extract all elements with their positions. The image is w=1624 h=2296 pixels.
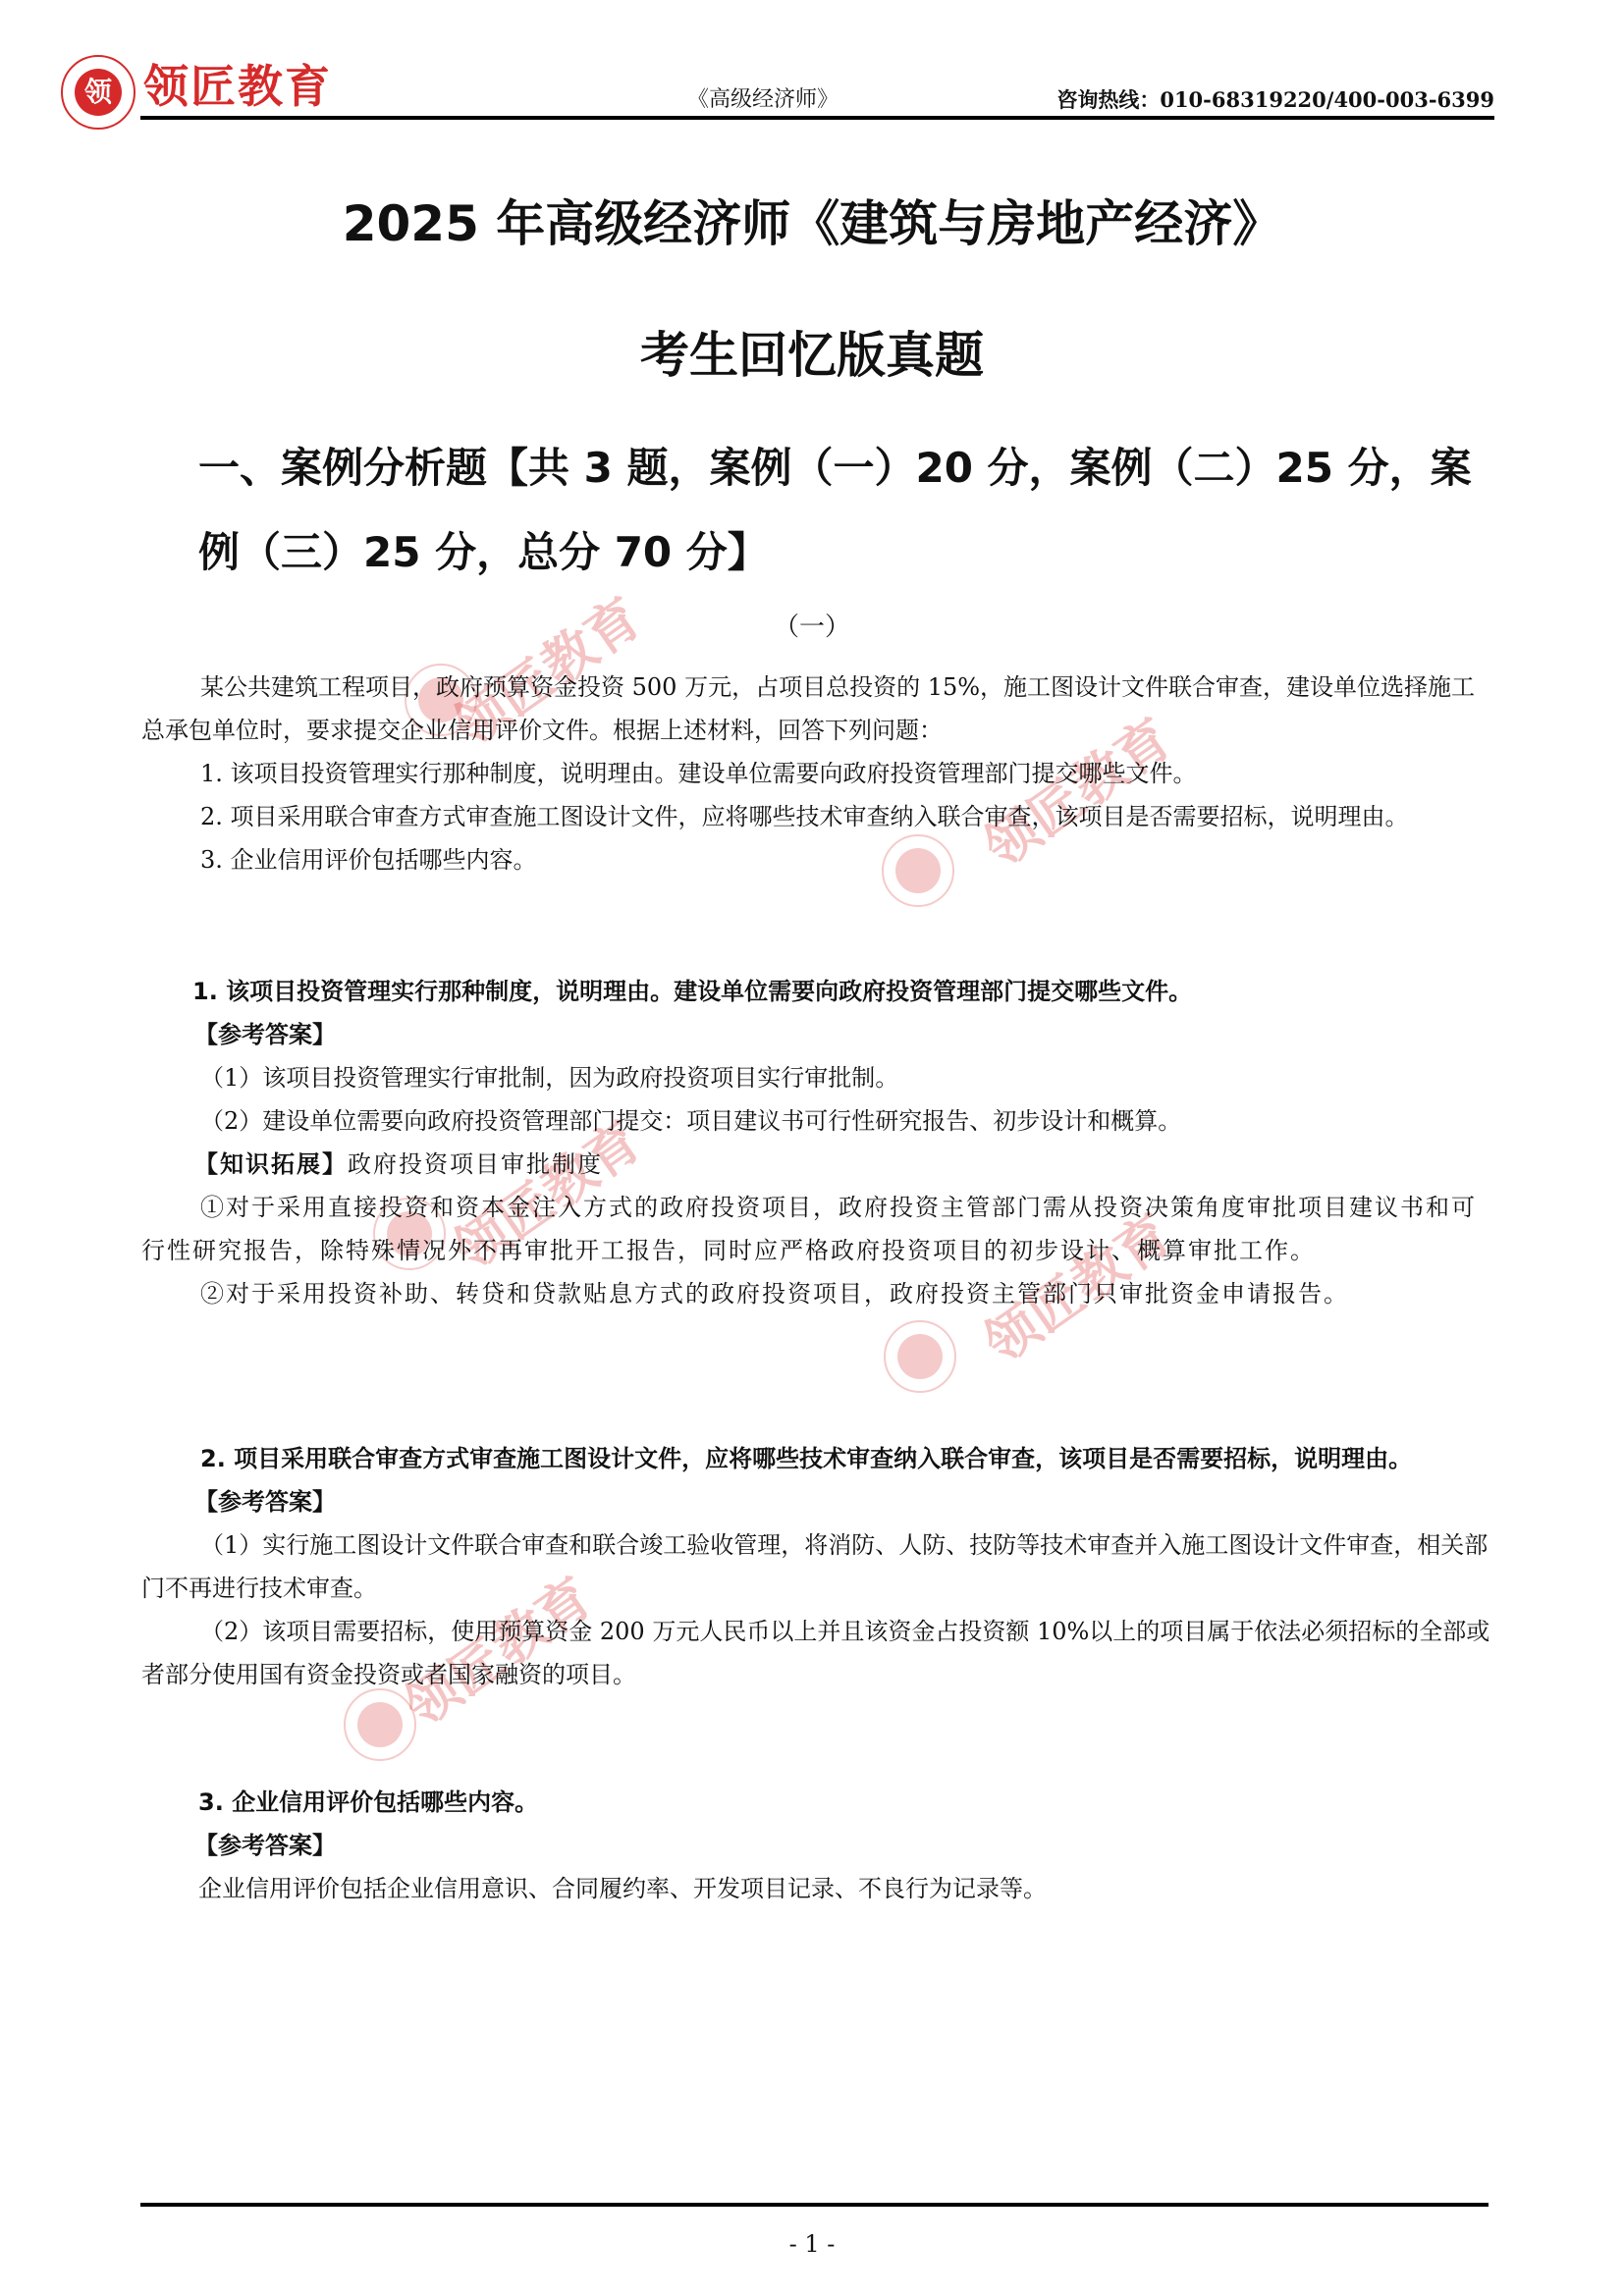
case-body: 某公共建筑工程项目，政府预算资金投资 500 万元，占项目总投资的 15%，施工… [141,666,1494,881]
answer-item: （1）实行施工图设计文件联合审查和联合竣工验收管理，将消防、人防、技防等技术审查… [141,1523,1494,1610]
case-question: 3. 企业信用评价包括哪些内容。 [141,838,1494,881]
answer-question: 2. 项目采用联合审查方式审查施工图设计文件，应将哪些技术审查纳入联合审查，该项… [141,1437,1494,1480]
extension-label: 【知识拓展】 [194,1150,348,1178]
reference-answer-label: 【参考答案】 [141,1480,1494,1523]
answer-block-1: 1. 该项目投资管理实行那种制度，说明理由。建设单位需要向政府投资管理部门提交哪… [141,970,1494,1315]
document-title: 2025 年高级经济师《建筑与房地产经济》 [0,185,1624,255]
answer-item: 企业信用评价包括企业信用意识、合同履约率、开发项目记录、不良行为记录等。 [141,1867,1494,1910]
extension-item: ②对于采用投资补助、转贷和贷款贴息方式的政府投资项目，政府投资主管部门只审批资金… [141,1272,1494,1315]
hotline: 咨询热线：010-68319220/400-003-6399 [1056,84,1494,114]
footer-divider [140,2203,1489,2207]
answer-block-3: 3. 企业信用评价包括哪些内容。 【参考答案】 企业信用评价包括企业信用意识、合… [141,1781,1494,1910]
answer-question: 1. 该项目投资管理实行那种制度，说明理由。建设单位需要向政府投资管理部门提交哪… [141,970,1494,1013]
page-number: - 1 - [0,2230,1624,2258]
header-divider [140,116,1494,120]
answer-item: （2）建设单位需要向政府投资管理部门提交：项目建议书可行性研究报告、初步设计和概… [141,1099,1494,1143]
reference-answer-label: 【参考答案】 [141,1013,1494,1056]
extension-item: ①对于采用直接投资和资本金注入方式的政府投资项目，政府投资主管部门需从投资决策角… [141,1186,1494,1272]
case-question: 1. 该项目投资管理实行那种制度，说明理由。建设单位需要向政府投资管理部门提交哪… [141,752,1494,795]
section-heading: 一、案例分析题【共 3 题，案例（一）20 分，案例（二）25 分，案例（三）2… [198,426,1494,595]
answer-item: （2）该项目需要招标，使用预算资金 200 万元人民币以上并且该资金占投资额 1… [141,1610,1494,1696]
knowledge-extension: 【知识拓展】政府投资项目审批制度 [141,1143,1494,1186]
extension-title: 政府投资项目审批制度 [348,1150,603,1178]
reference-answer-label: 【参考答案】 [141,1824,1494,1867]
logo-seal-glyph: 领 [75,69,122,116]
watermark-seal-icon [344,1688,416,1761]
watermark-seal-icon [884,1320,956,1393]
brand-name: 领匠教育 [143,57,332,116]
case-stem: 某公共建筑工程项目，政府预算资金投资 500 万元，占项目总投资的 15%，施工… [141,666,1494,752]
answer-item: （1）该项目投资管理实行审批制，因为政府投资项目实行审批制。 [141,1056,1494,1099]
answer-block-2: 2. 项目采用联合审查方式审查施工图设计文件，应将哪些技术审查纳入联合审查，该项… [141,1437,1494,1696]
page-header: 领 领匠教育 《高级经济师》 咨询热线：010-68319220/400-003… [0,0,1624,128]
document-subtitle: 考生回忆版真题 [0,316,1624,387]
case-label: （一） [0,607,1624,643]
logo-seal-icon: 领 [61,55,135,130]
case-question: 2. 项目采用联合审查方式审查施工图设计文件，应将哪些技术审查纳入联合审查，该项… [141,795,1494,838]
answer-question: 3. 企业信用评价包括哪些内容。 [141,1781,1494,1824]
book-title: 《高级经济师》 [687,82,839,113]
